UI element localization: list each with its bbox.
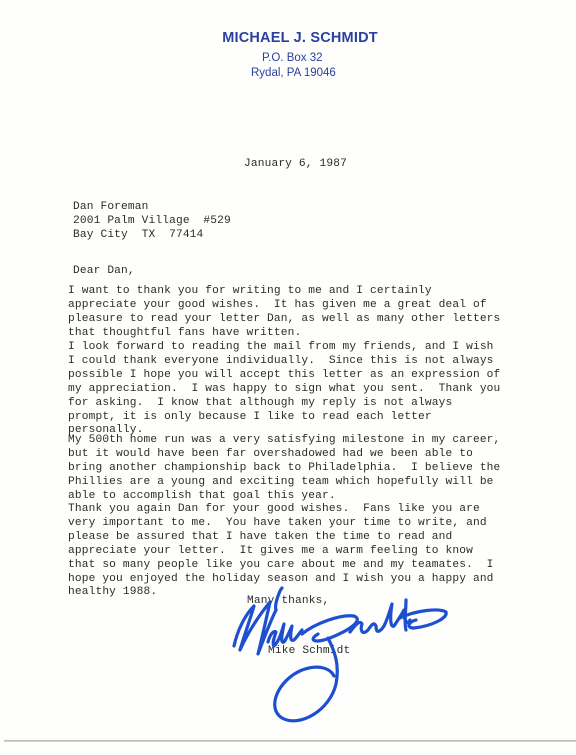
- text-line: Phillies are a young and exciting team w…: [68, 476, 494, 488]
- text-line: prompt, it is only because I like to rea…: [68, 411, 432, 423]
- text-line: my appreciation. I was happy to sign wha…: [68, 383, 500, 395]
- text-line: appreciate your good wishes. It has give…: [68, 299, 487, 311]
- letter-page: MICHAEL J. SCHMIDT P.O. Box 32 Rydal, PA…: [0, 0, 576, 755]
- text-line: for asking. I know that although my repl…: [68, 397, 452, 409]
- text-line: Thank you again Dan for your good wishes…: [68, 503, 480, 515]
- recipient-name: Dan Foreman: [73, 201, 149, 213]
- letterhead-name: MICHAEL J. SCHMIDT: [222, 30, 378, 46]
- text-line: healthy 1988.: [68, 586, 157, 598]
- text-line: very important to me. You have taken you…: [68, 517, 487, 529]
- handwritten-signature-icon: [210, 580, 460, 730]
- letterhead-po-box: P.O. Box 32: [262, 52, 323, 64]
- paragraph-3: My 500th home run was a very satisfying …: [68, 434, 500, 504]
- text-line: but it would have been far overshadowed …: [68, 448, 473, 460]
- text-line: bring another championship back to Phila…: [68, 462, 500, 474]
- recipient-street: 2001 Palm Village #529: [73, 215, 231, 227]
- text-line: I could thank everyone individually. Sin…: [68, 355, 494, 367]
- text-line: that thoughtful fans have written.: [68, 327, 301, 339]
- text-line: My 500th home run was a very satisfying …: [68, 434, 500, 446]
- letter-date: January 6, 1987: [244, 158, 347, 172]
- salutation: Dear Dan,: [73, 265, 135, 279]
- text-line: appreciate your letter. It gives me a wa…: [68, 545, 473, 557]
- recipient-city: Bay City TX 77414: [73, 229, 203, 241]
- text-line: pleasure to read your letter Dan, as wel…: [68, 313, 500, 325]
- text-line: please be assured that I have taken the …: [68, 531, 452, 543]
- paragraph-1: I want to thank you for writing to me an…: [68, 285, 500, 341]
- text-line: that so many people like you care about …: [68, 559, 494, 571]
- page-edge: [4, 740, 576, 742]
- paragraph-2: I look forward to reading the mail from …: [68, 341, 500, 438]
- letterhead-city: Rydal, PA 19046: [251, 67, 336, 79]
- text-line: I look forward to reading the mail from …: [68, 341, 494, 353]
- text-line: possible I hope you will accept this let…: [68, 369, 500, 381]
- text-line: I want to thank you for writing to me an…: [68, 285, 432, 297]
- text-line: able to accomplish that goal this year.: [68, 490, 336, 502]
- recipient-address: Dan Foreman 2001 Palm Village #529 Bay C…: [73, 201, 231, 243]
